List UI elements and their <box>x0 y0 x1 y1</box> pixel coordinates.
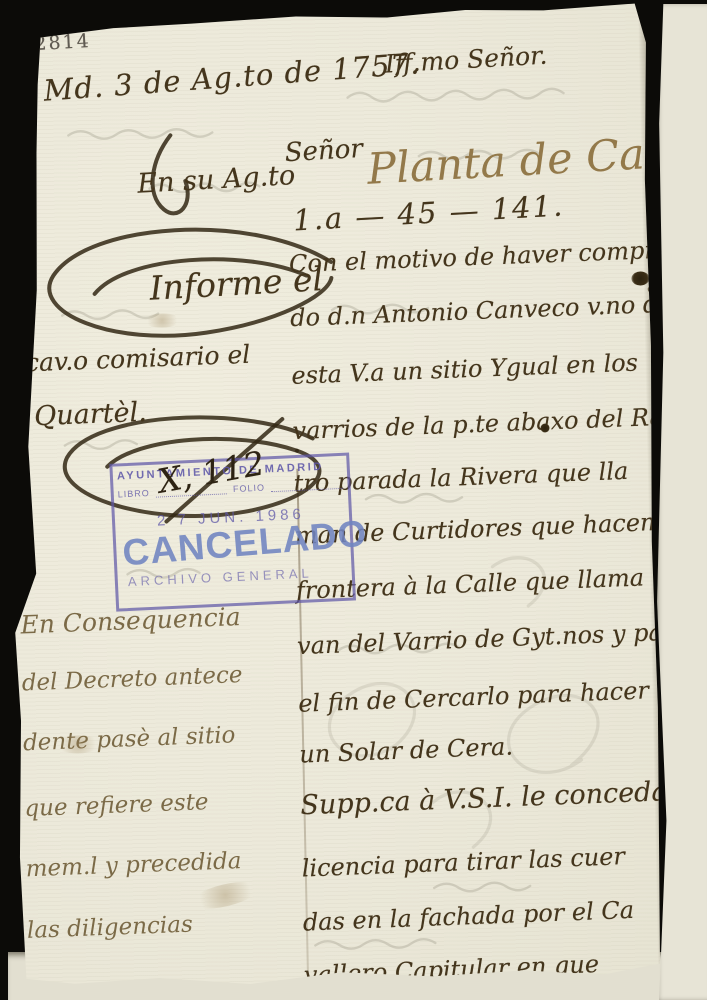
left-column-line: las diligencias <box>26 912 193 944</box>
paper-stain <box>189 877 262 914</box>
body-line: Con el motivo de haver compra <box>289 236 671 279</box>
body-line: do d.n Antonio Canveco v.no de <box>290 290 673 333</box>
left-column-line: del Decreto antece <box>21 662 243 696</box>
date-header: Md. 3 de Ag.to de 1757. <box>42 46 421 108</box>
ink-blot <box>648 285 658 293</box>
body-line: van del Varrio de Gyt.nos y para <box>297 617 689 660</box>
adjacent-page-edge <box>655 4 707 1000</box>
margin-note: En su Ag.to <box>137 160 296 200</box>
left-column-line: dente pasè al sitio <box>23 722 236 756</box>
manuscript-page: 2814 Md. 3 de Ag.to de 1757. Iff.mo Seño… <box>0 3 668 994</box>
body-line: un Solar de Cera. <box>299 732 514 768</box>
body-line: das en la fachada por el Ca <box>302 896 634 937</box>
left-column-line: mem.l y precedida <box>25 848 242 882</box>
body-line: licencia para tirar las cuer <box>301 842 625 882</box>
stamp-folio-dotted-line <box>271 478 343 492</box>
addressee: Señor <box>284 134 364 168</box>
body-line: Supp.ca à V.S.I. le conceda su <box>300 775 707 822</box>
stamp-libro-label: LIBRO <box>118 488 150 499</box>
body-line: el fin de Cercarlo para hacer <box>298 676 650 717</box>
document-title: Planta de Casa <box>366 127 694 195</box>
reference-number: 1.a — 45 — 141. <box>292 188 565 237</box>
ink-blot <box>631 271 649 285</box>
body-line: varrios de la p.te abaxo del Ras <box>292 402 677 445</box>
margin-decree-line: cav.o comisario el <box>25 340 251 378</box>
body-line: esta V.a un sitio Ygual en los <box>291 349 639 390</box>
paper-stain <box>142 313 182 328</box>
archive-number: 2814 <box>34 30 91 55</box>
left-column-line: que refiere este <box>24 789 209 822</box>
margin-decree-line: Quartèl. <box>34 397 148 432</box>
